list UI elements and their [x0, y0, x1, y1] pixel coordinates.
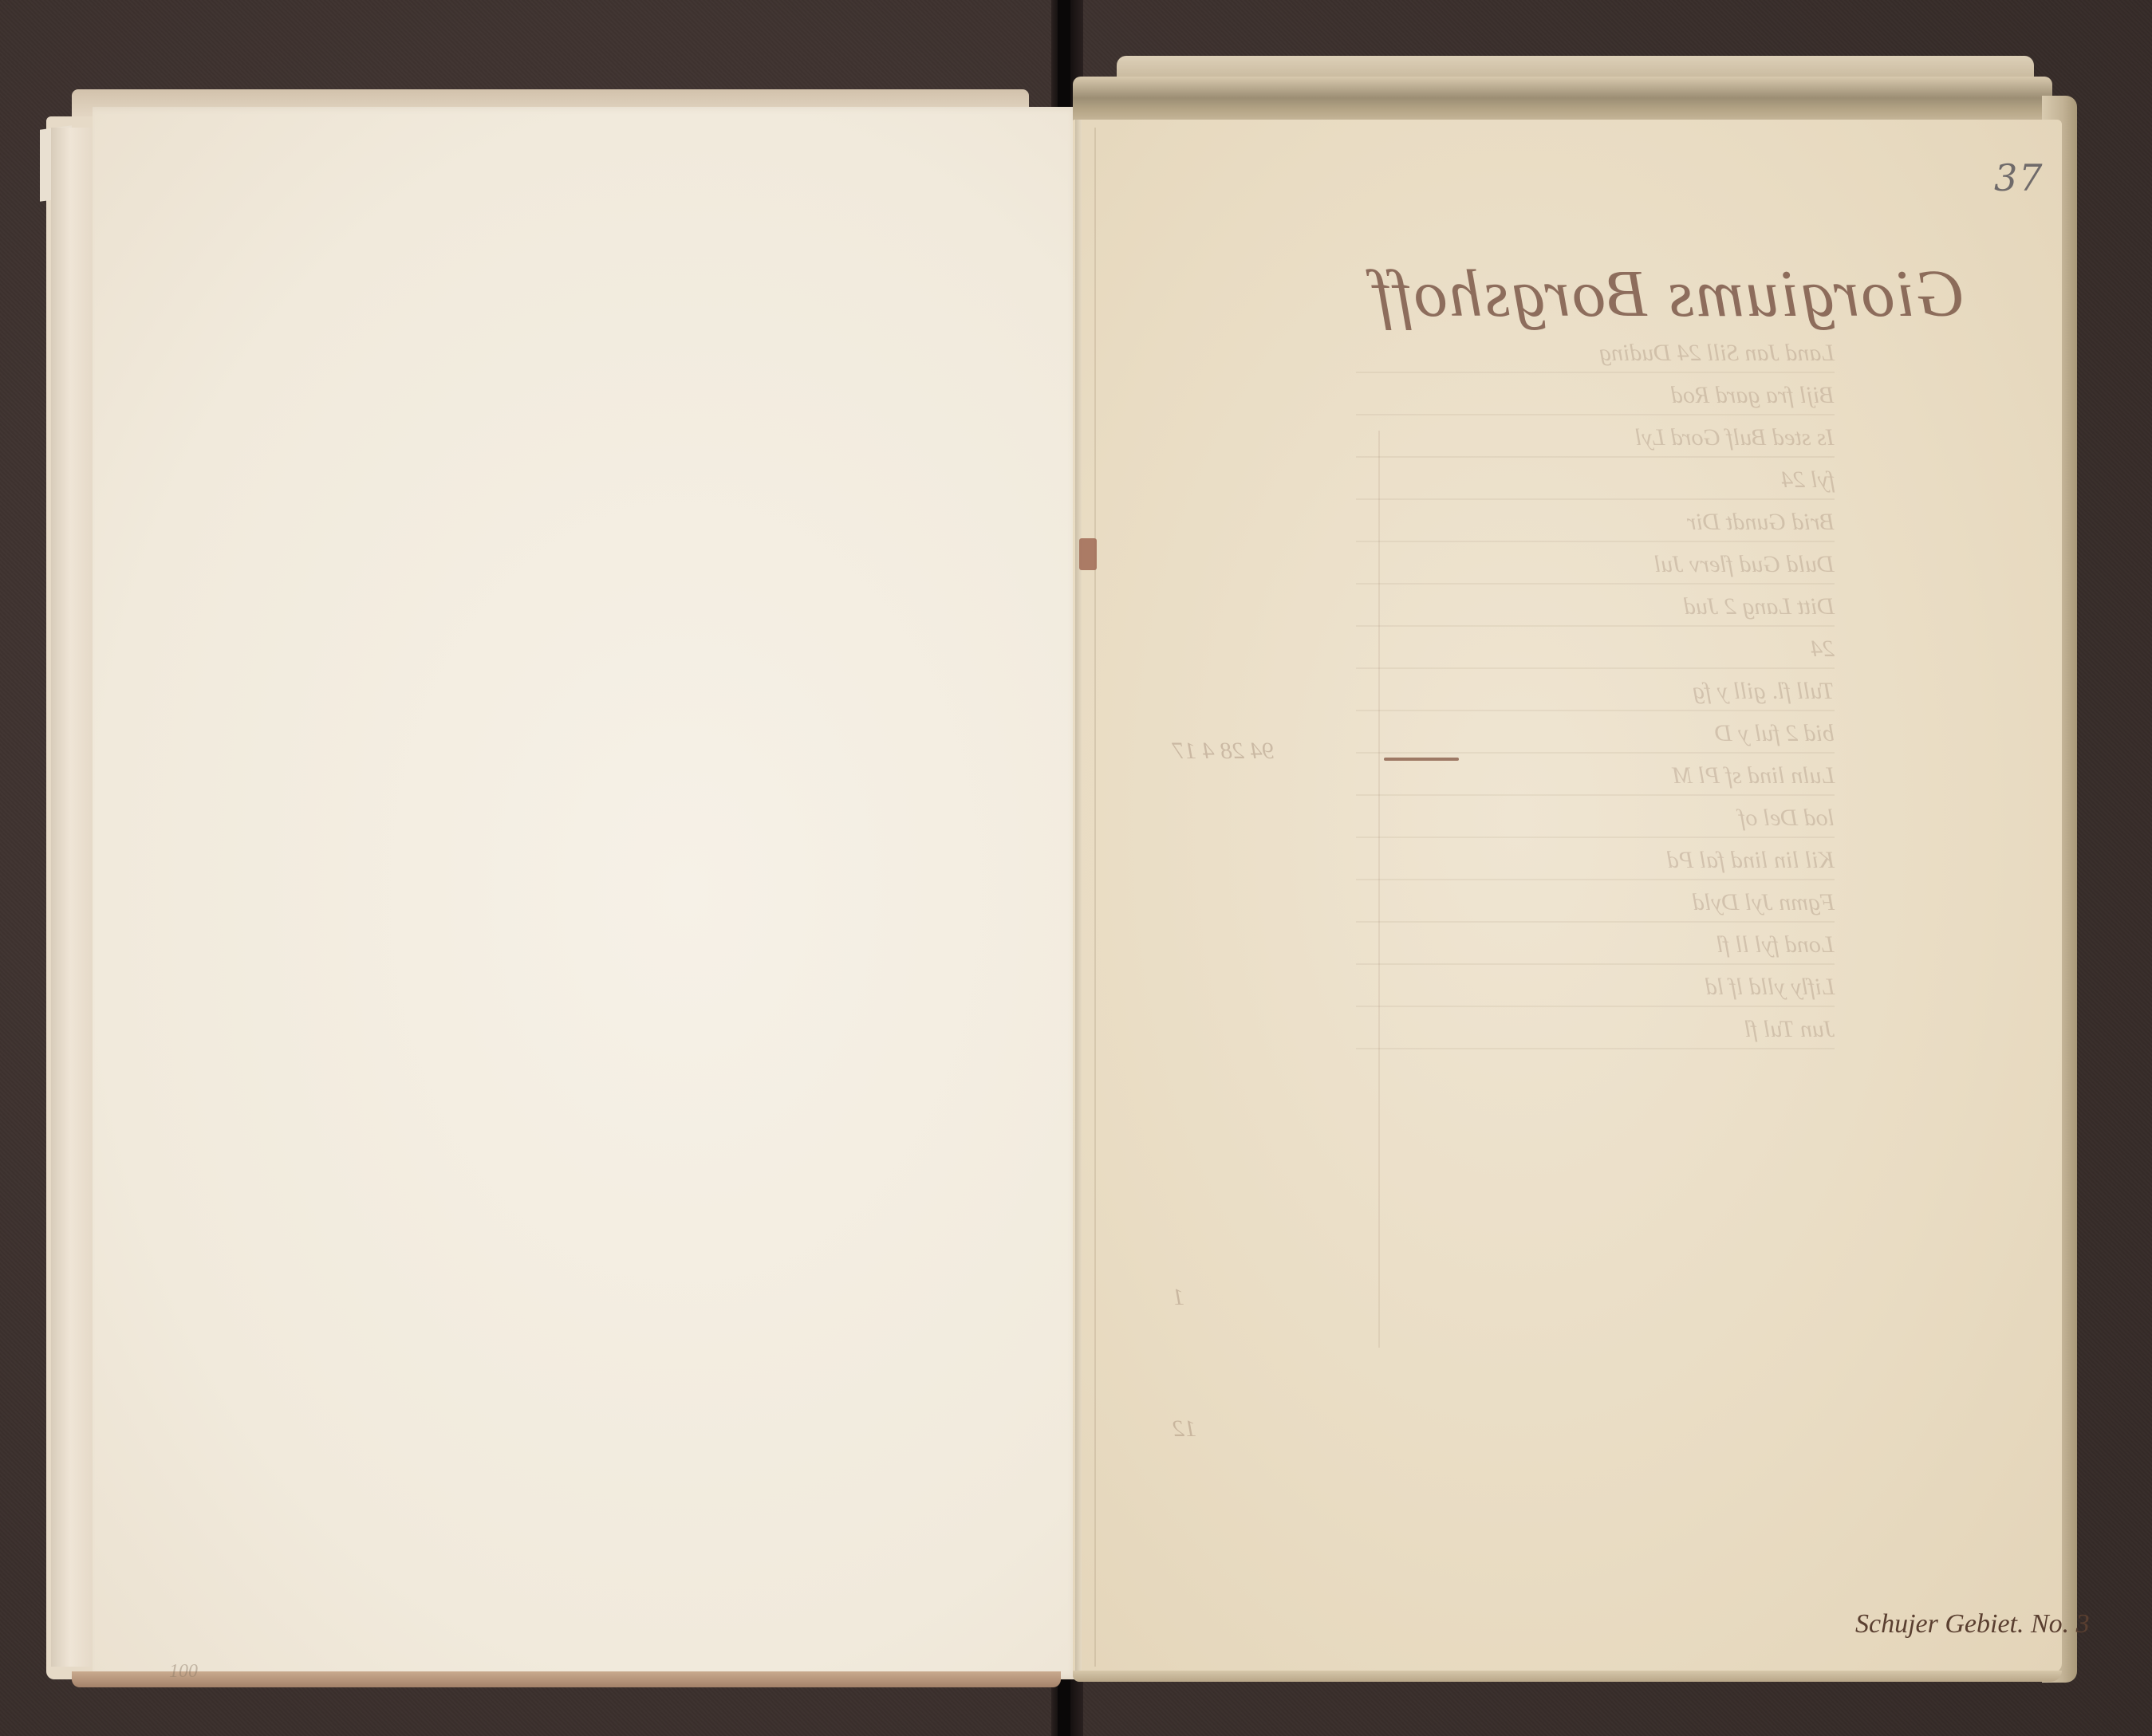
show-through-margin-figure: 1	[1173, 1284, 1184, 1311]
left-page-bottom-edge	[72, 1671, 1061, 1687]
show-through-line: fyl 24	[1356, 462, 1835, 500]
right-page-bottom-edge	[1073, 1671, 2062, 1682]
show-through-line: Fgmn Jyl Dyld	[1356, 884, 1835, 923]
right-page-inner-fold	[1075, 120, 1082, 1673]
left-page-fore-edge	[51, 128, 99, 1667]
show-through-text-block: Land Jan Sill 24 Duding Bijl fra gard Ro…	[1356, 335, 1835, 1053]
show-through-line: Luln lind sf Pl M	[1356, 758, 1835, 796]
right-page-stack-top	[1073, 77, 2052, 124]
show-through-line: Jun Tul fl	[1356, 1011, 1835, 1049]
show-through-line: Tull fl. gill y fg	[1356, 673, 1835, 711]
show-through-line: Land Jan Sill 24 Duding	[1356, 335, 1835, 373]
show-through-margin-figure: 12	[1173, 1415, 1196, 1443]
archive-signature: Schujer Gebiet. No. 3	[1855, 1609, 2090, 1640]
show-through-line: 24	[1356, 631, 1835, 669]
show-through-underline	[1384, 758, 1459, 761]
right-page-crease	[1094, 128, 1096, 1667]
show-through-line: Lifly ylld lf ld	[1356, 969, 1835, 1007]
show-through-line: Ditt Lang 2 Jud	[1356, 589, 1835, 627]
show-through-heading: Giorgiums Borgshoff	[1372, 255, 1965, 333]
left-page-show-through	[343, 263, 678, 314]
show-through-line: Brid Gundt Dir	[1356, 504, 1835, 542]
show-through-line: Kil lin lind fal Pd	[1356, 842, 1835, 880]
show-through-line: Bijl fra gard Rod	[1356, 377, 1835, 415]
red-seal-fragment	[1079, 538, 1097, 570]
show-through-line: bid 2 ful y D	[1356, 715, 1835, 754]
left-page-bottom-note: 100	[169, 1661, 198, 1683]
show-through-sum: 94 28 4 17	[1173, 738, 1275, 765]
show-through-line: Duld Gud flerv Jul	[1356, 546, 1835, 585]
show-through-line: lod Del of	[1356, 800, 1835, 838]
folio-number: 37	[1994, 156, 2044, 199]
left-page-blank	[93, 107, 1080, 1678]
show-through-line: Is sted Bulf Gord Lyl	[1356, 419, 1835, 458]
show-through-line: Lond fyl ll fl	[1356, 927, 1835, 965]
